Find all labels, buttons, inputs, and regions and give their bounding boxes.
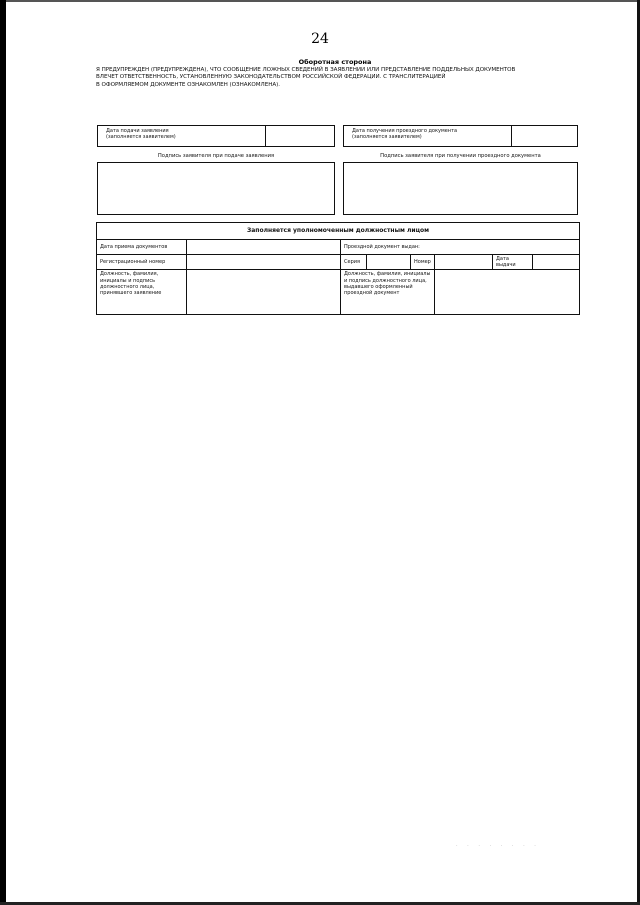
signature-receipt-caption: Подпись заявителя при получении проездно… [343,153,578,159]
series-label: Серия [341,255,367,270]
issuer-official-signature[interactable] [435,270,580,315]
submission-date-label: Дата подачи заявления (заполняется заяви… [98,126,266,146]
page-number: 24 [0,31,640,47]
registration-number-label: Регистрационный номер [97,255,187,270]
submission-date-input[interactable] [266,126,334,146]
signature-receipt-box[interactable] [343,162,578,215]
official-section-table: Заполняется уполномоченным должностным л… [96,222,580,315]
number-label: Номер [411,255,435,270]
receipt-date-field: Дата получения проездного документа (зап… [343,125,578,147]
signature-submission-box[interactable] [97,162,335,215]
document-issued-label: Проездной документ выдан: [341,240,580,255]
scan-artifact: · · · · · · · · [456,843,540,849]
issue-date-input[interactable] [533,255,580,270]
scan-edge-left [0,0,6,905]
official-section-title: Заполняется уполномоченным должностным л… [97,223,580,240]
warning-statement: Я ПРЕДУПРЕЖДЕН (ПРЕДУПРЕЖДЕНА), ЧТО СООБ… [96,67,596,89]
page-heading: Оборотная сторона [0,58,640,66]
receiver-official-label: Должность, фамилия, инициалы и подпись д… [97,270,187,315]
registration-number-input[interactable] [187,255,341,270]
warning-line: ВЛЕЧЕТ ОТВЕТСТВЕННОСТЬ, УСТАНОВЛЕННУЮ ЗА… [96,74,596,81]
receiver-official-signature[interactable] [187,270,341,315]
issuer-official-label: Должность, фамилия, инициалы и подпись д… [341,270,435,315]
scan-edge-top [6,0,640,2]
issue-date-label: Дата выдачи [493,255,533,270]
submission-date-field: Дата подачи заявления (заполняется заяви… [97,125,335,147]
receipt-date-label: Дата получения проездного документа (зап… [344,126,512,146]
receipt-date-input[interactable] [512,126,577,146]
signature-submission-caption: Подпись заявителя при подаче заявления [97,153,335,159]
acceptance-date-label: Дата приема документов [97,240,187,255]
number-input[interactable] [435,255,493,270]
acceptance-date-input[interactable] [187,240,341,255]
series-input[interactable] [367,255,411,270]
warning-line: В ОФОРМЛЯЕМОМ ДОКУМЕНТЕ ОЗНАКОМЛЕН (ОЗНА… [96,82,596,89]
